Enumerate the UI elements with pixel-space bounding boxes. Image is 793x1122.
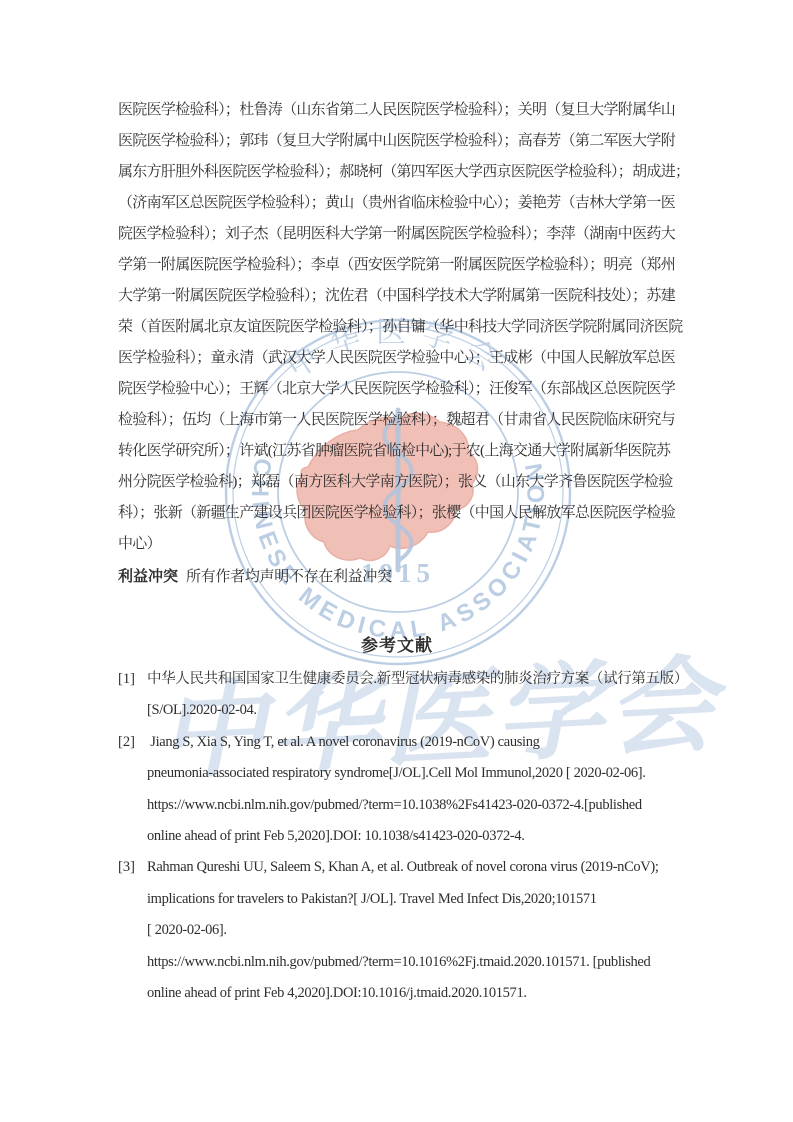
author-line: 医学检验科）；童永清（武汉大学人民医院医学检验中心）；王成彬（中国人民解放军总医 <box>118 343 676 374</box>
conflict-label: 利益冲突 <box>118 569 178 585</box>
reference-item: [2] Jiang S, Xia S, Ying T, et al. A nov… <box>118 727 676 853</box>
reference-marker: [3] <box>118 852 135 883</box>
reference-line: https://www.ncbi.nlm.nih.gov/pubmed/?ter… <box>147 947 676 978</box>
author-line: 大学第一附属医院医学检验科）；沈佐君（中国科学技术大学附属第一医院科技处）；苏建 <box>118 281 676 312</box>
author-line: 转化医学研究所）；许斌(江苏省肿瘤医院省临检中心);于农(上海交通大学附属新华医… <box>118 436 676 467</box>
author-line: 荣（首医附属北京友谊医院医学检验科）；孙自镛（华中科技大学同济医学院附属同济医院 <box>118 312 676 343</box>
conflict-text: 所有作者均声明不存在利益冲突 <box>186 569 392 585</box>
reference-line: online ahead of print Feb 5,2020].DOI: 1… <box>147 821 676 852</box>
reference-marker: [2] <box>118 727 135 758</box>
reference-item: [3]Rahman Qureshi UU, Saleem S, Khan A, … <box>118 852 676 1009</box>
author-line: 学第一附属医院医学检验科）；李卓（西安医学院第一附属医院医学检验科）；明亮（郑州 <box>118 250 676 281</box>
author-line: 院医学检验中心）；王辉（北京大学人民医院医学检验科）；汪俊军（东部战区总医院医学 <box>118 374 676 405</box>
author-line: 中心） <box>118 529 676 560</box>
reference-line: pneumonia-associated respiratory syndrom… <box>147 758 676 789</box>
author-line: （济南军区总医院医学检验科）；黄山（贵州省临床检验中心）；姜艳芳（吉林大学第一医 <box>118 188 676 219</box>
reference-line: 中华人民共和国国家卫生健康委员会.新型冠状病毒感染的肺炎治疗方案（试行第五版） <box>147 664 676 695</box>
page-content: 医院医学检验科）；杜鲁涛（山东省第二人民医院医学检验科）；关明（复旦大学附属华山… <box>118 95 676 1009</box>
reference-line: [ 2020-02-06]. <box>147 915 676 946</box>
reference-item: [1]中华人民共和国国家卫生健康委员会.新型冠状病毒感染的肺炎治疗方案（试行第五… <box>118 664 676 727</box>
conflict-of-interest-statement: 利益冲突所有作者均声明不存在利益冲突 <box>118 562 676 593</box>
reference-marker: [1] <box>118 664 135 695</box>
reference-line: Jiang S, Xia S, Ying T, et al. A novel c… <box>147 727 676 758</box>
reference-line: implications for travelers to Pakistan?[… <box>147 884 676 915</box>
reference-list: [1]中华人民共和国国家卫生健康委员会.新型冠状病毒感染的肺炎治疗方案（试行第五… <box>118 664 676 1009</box>
references-heading: 参考文献 <box>118 630 676 661</box>
author-line: 医院医学检验科）；郭玮（复旦大学附属中山医院医学检验科）；高春芳（第二军医大学附 <box>118 126 676 157</box>
author-line: 属东方肝胆外科医院医学检验科）；郝晓柯（第四军医大学西京医院医学检验科）；胡成进… <box>118 157 676 188</box>
author-line: 院医学检验科）；刘子杰（昆明医科大学第一附属医院医学检验科）；李萍（湖南中医药大 <box>118 219 676 250</box>
author-line: 检验科）；伍均（上海市第一人民医院医学检验科）；魏超君（甘肃省人民医院临床研究与 <box>118 405 676 436</box>
reference-line: [S/OL].2020-02-04. <box>147 695 676 726</box>
author-line: 医院医学检验科）；杜鲁涛（山东省第二人民医院医学检验科）；关明（复旦大学附属华山 <box>118 95 676 126</box>
author-affiliations-paragraph: 医院医学检验科）；杜鲁涛（山东省第二人民医院医学检验科）；关明（复旦大学附属华山… <box>118 95 676 560</box>
author-line: 州分院医学检验科)；郑磊（南方医科大学南方医院）；张义（山东大学齐鲁医院医学检验 <box>118 467 676 498</box>
document-page: 中华医学会 CHINESE MEDICAL ASSOCIATION 1915 中… <box>0 0 793 1122</box>
author-line: 科）；张新（新疆生产建设兵团医院医学检验科）；张樱（中国人民解放军总医院医学检验 <box>118 498 676 529</box>
reference-line: Rahman Qureshi UU, Saleem S, Khan A, et … <box>147 852 676 883</box>
reference-line: https://www.ncbi.nlm.nih.gov/pubmed/?ter… <box>147 790 676 821</box>
reference-line: online ahead of print Feb 4,2020].DOI:10… <box>147 978 676 1009</box>
